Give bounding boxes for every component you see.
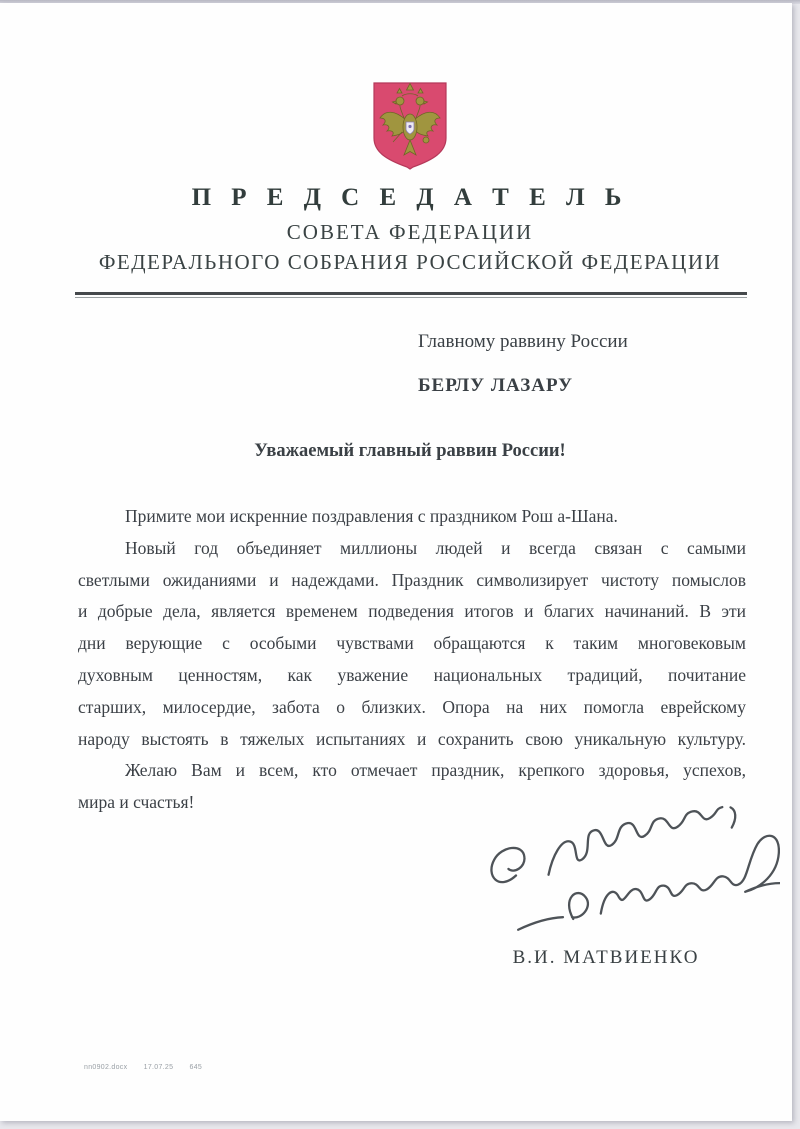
- footer-note: nn0902.docx 17.07.25 645: [84, 1064, 216, 1071]
- body-line: народу выстоять в тяжелых испытаниях и с…: [78, 724, 746, 756]
- recipient-name: БЕРЛУ ЛАЗАРУ: [418, 375, 628, 397]
- letterhead-rule: [75, 292, 747, 298]
- footer-date: 17.07.25: [144, 1064, 174, 1071]
- body-line: дни верующие с особыми чувствами обращаю…: [78, 628, 746, 660]
- letterhead-title: П Р Е Д С Е Д А Т Е Л Ь: [28, 184, 792, 212]
- body-line: Желаю Вам и всем, кто отмечает праздник,…: [78, 755, 746, 787]
- letter-body: Примите мои искренние поздравления с пра…: [78, 501, 746, 819]
- letterhead-subtitle-1: СОВЕТА ФЕДЕРАЦИИ: [28, 220, 792, 245]
- salutation: Уважаемый главный раввин России!: [0, 441, 792, 462]
- coat-of-arms-russia: [371, 80, 449, 172]
- body-line: Примите мои искренние поздравления с пра…: [78, 501, 746, 533]
- letter-page: П Р Е Д С Е Д А Т Е Л Ь СОВЕТА ФЕДЕРАЦИИ…: [0, 3, 792, 1121]
- body-line: Новый год объединяет миллионы людей и вс…: [78, 533, 746, 565]
- body-line: светлыми ожиданиями и надеждами. Праздни…: [78, 565, 746, 597]
- body-line: и добрые дела, является временем подведе…: [78, 596, 746, 628]
- footer-number: 645: [190, 1064, 203, 1071]
- body-line: старших, милосердие, забота о близких. О…: [78, 692, 746, 724]
- printed-name: В.И. МАТВИЕНКО: [450, 947, 762, 969]
- letterhead: П Р Е Д С Е Д А Т Е Л Ь СОВЕТА ФЕДЕРАЦИИ…: [0, 3, 792, 275]
- letterhead-subtitle-2: ФЕДЕРАЛЬНОГО СОБРАНИЯ РОССИЙСКОЙ ФЕДЕРАЦ…: [28, 250, 792, 275]
- footer-file-reference: nn0902.docx: [84, 1064, 127, 1071]
- body-line: духовным ценностям, как уважение национа…: [78, 660, 746, 692]
- recipient-title: Главному раввину России: [418, 331, 628, 353]
- scan-background: { "page": { "letterhead": { "title": "П …: [0, 0, 800, 1129]
- recipient-block: Главному раввину России БЕРЛУ ЛАЗАРУ: [418, 331, 628, 397]
- signature-handwriting: [458, 798, 780, 946]
